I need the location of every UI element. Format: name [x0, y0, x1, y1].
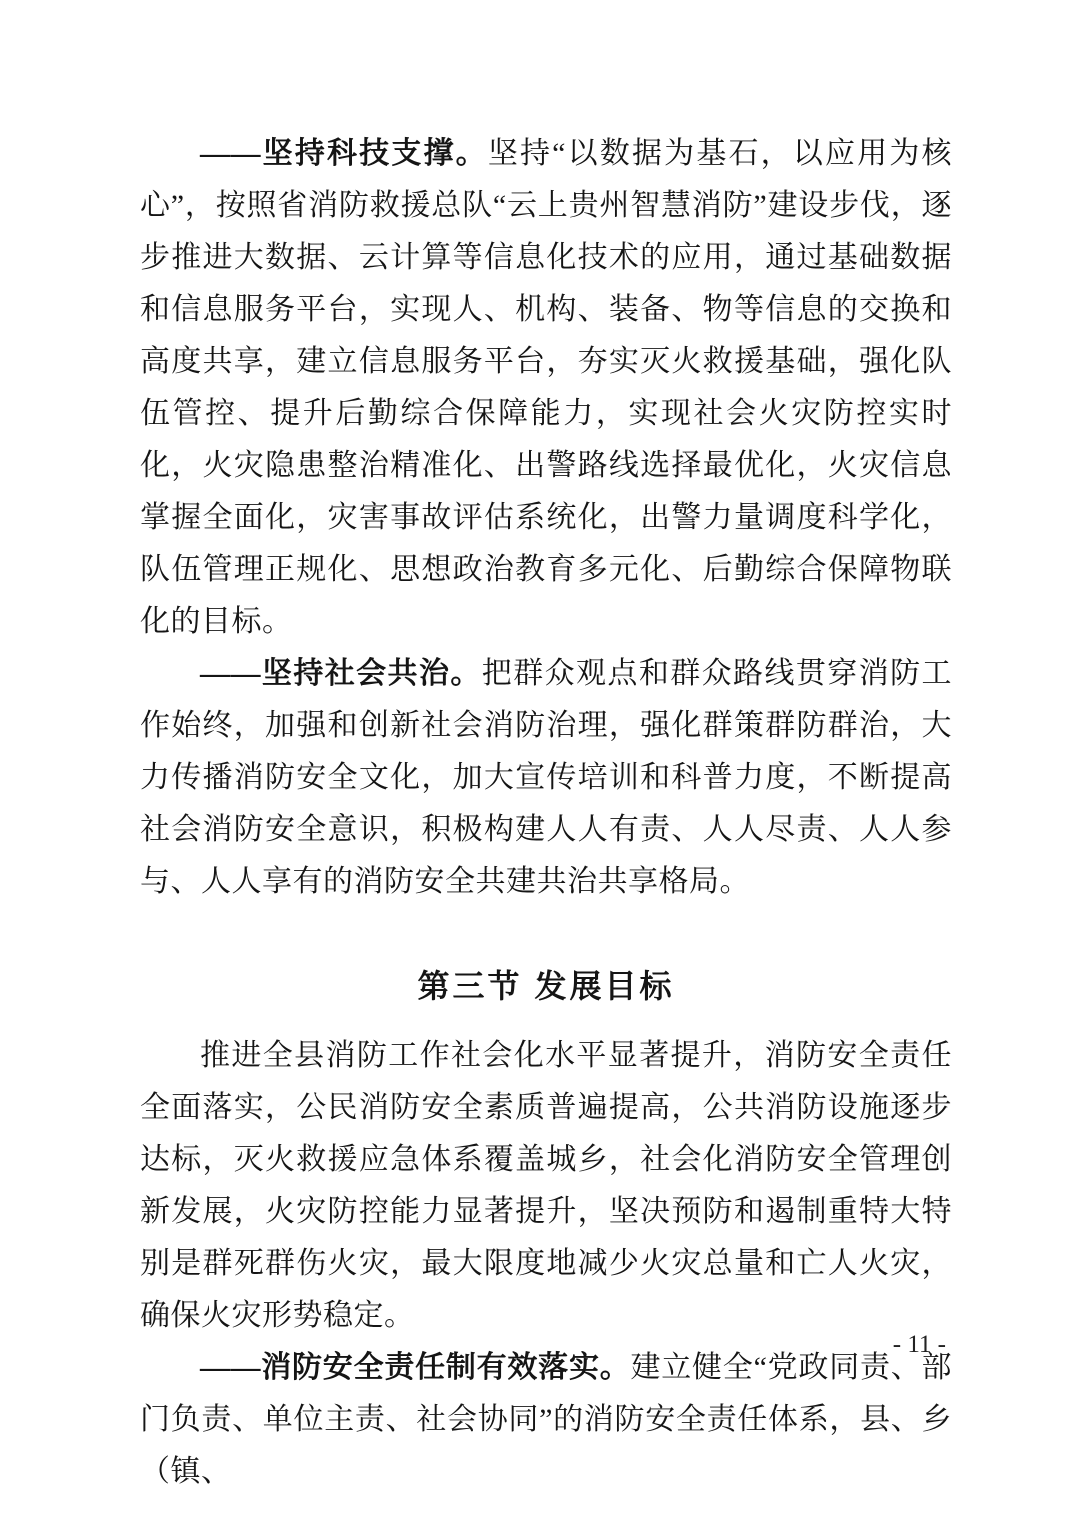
paragraph-social-governance-text: 把群众观点和群众路线贯穿消防工作始终，加强和创新社会消防治理，强化群策群防群治，…: [140, 657, 952, 898]
paragraph-tech-support: ——坚持科技支撑。坚持“以数据为基石，以应用为核心”，按照省消防救援总队“云上贵…: [140, 128, 952, 648]
document-page: ——坚持科技支撑。坚持“以数据为基石，以应用为核心”，按照省消防救援总队“云上贵…: [0, 0, 1074, 1520]
page-number: - 11 -: [893, 1330, 946, 1360]
paragraph-development-goals-text: 推进全县消防工作社会化水平显著提升，消防安全责任全面落实，公民消防安全素质普遍提…: [140, 1039, 952, 1332]
paragraph-social-governance: ——坚持社会共治。把群众观点和群众路线贯穿消防工作始终，加强和创新社会消防治理，…: [140, 648, 952, 908]
paragraph-tech-support-text: 坚持“以数据为基石，以应用为核心”，按照省消防救援总队“云上贵州智慧消防”建设步…: [140, 137, 952, 638]
section-heading: 第三节 发展目标: [140, 960, 952, 1012]
paragraph-responsibility-system: ——消防安全责任制有效落实。建立健全“党政同责、部门负责、单位主责、社会协同”的…: [140, 1342, 952, 1498]
paragraph-responsibility-system-lead: ——消防安全责任制有效落实。: [200, 1351, 631, 1384]
paragraph-tech-support-lead: ——坚持科技支撑。: [200, 137, 488, 170]
paragraph-development-goals: 推进全县消防工作社会化水平显著提升，消防安全责任全面落实，公民消防安全素质普遍提…: [140, 1030, 952, 1342]
document-body: ——坚持科技支撑。坚持“以数据为基石，以应用为核心”，按照省消防救援总队“云上贵…: [140, 128, 952, 1498]
paragraph-social-governance-lead: ——坚持社会共治。: [200, 657, 482, 690]
